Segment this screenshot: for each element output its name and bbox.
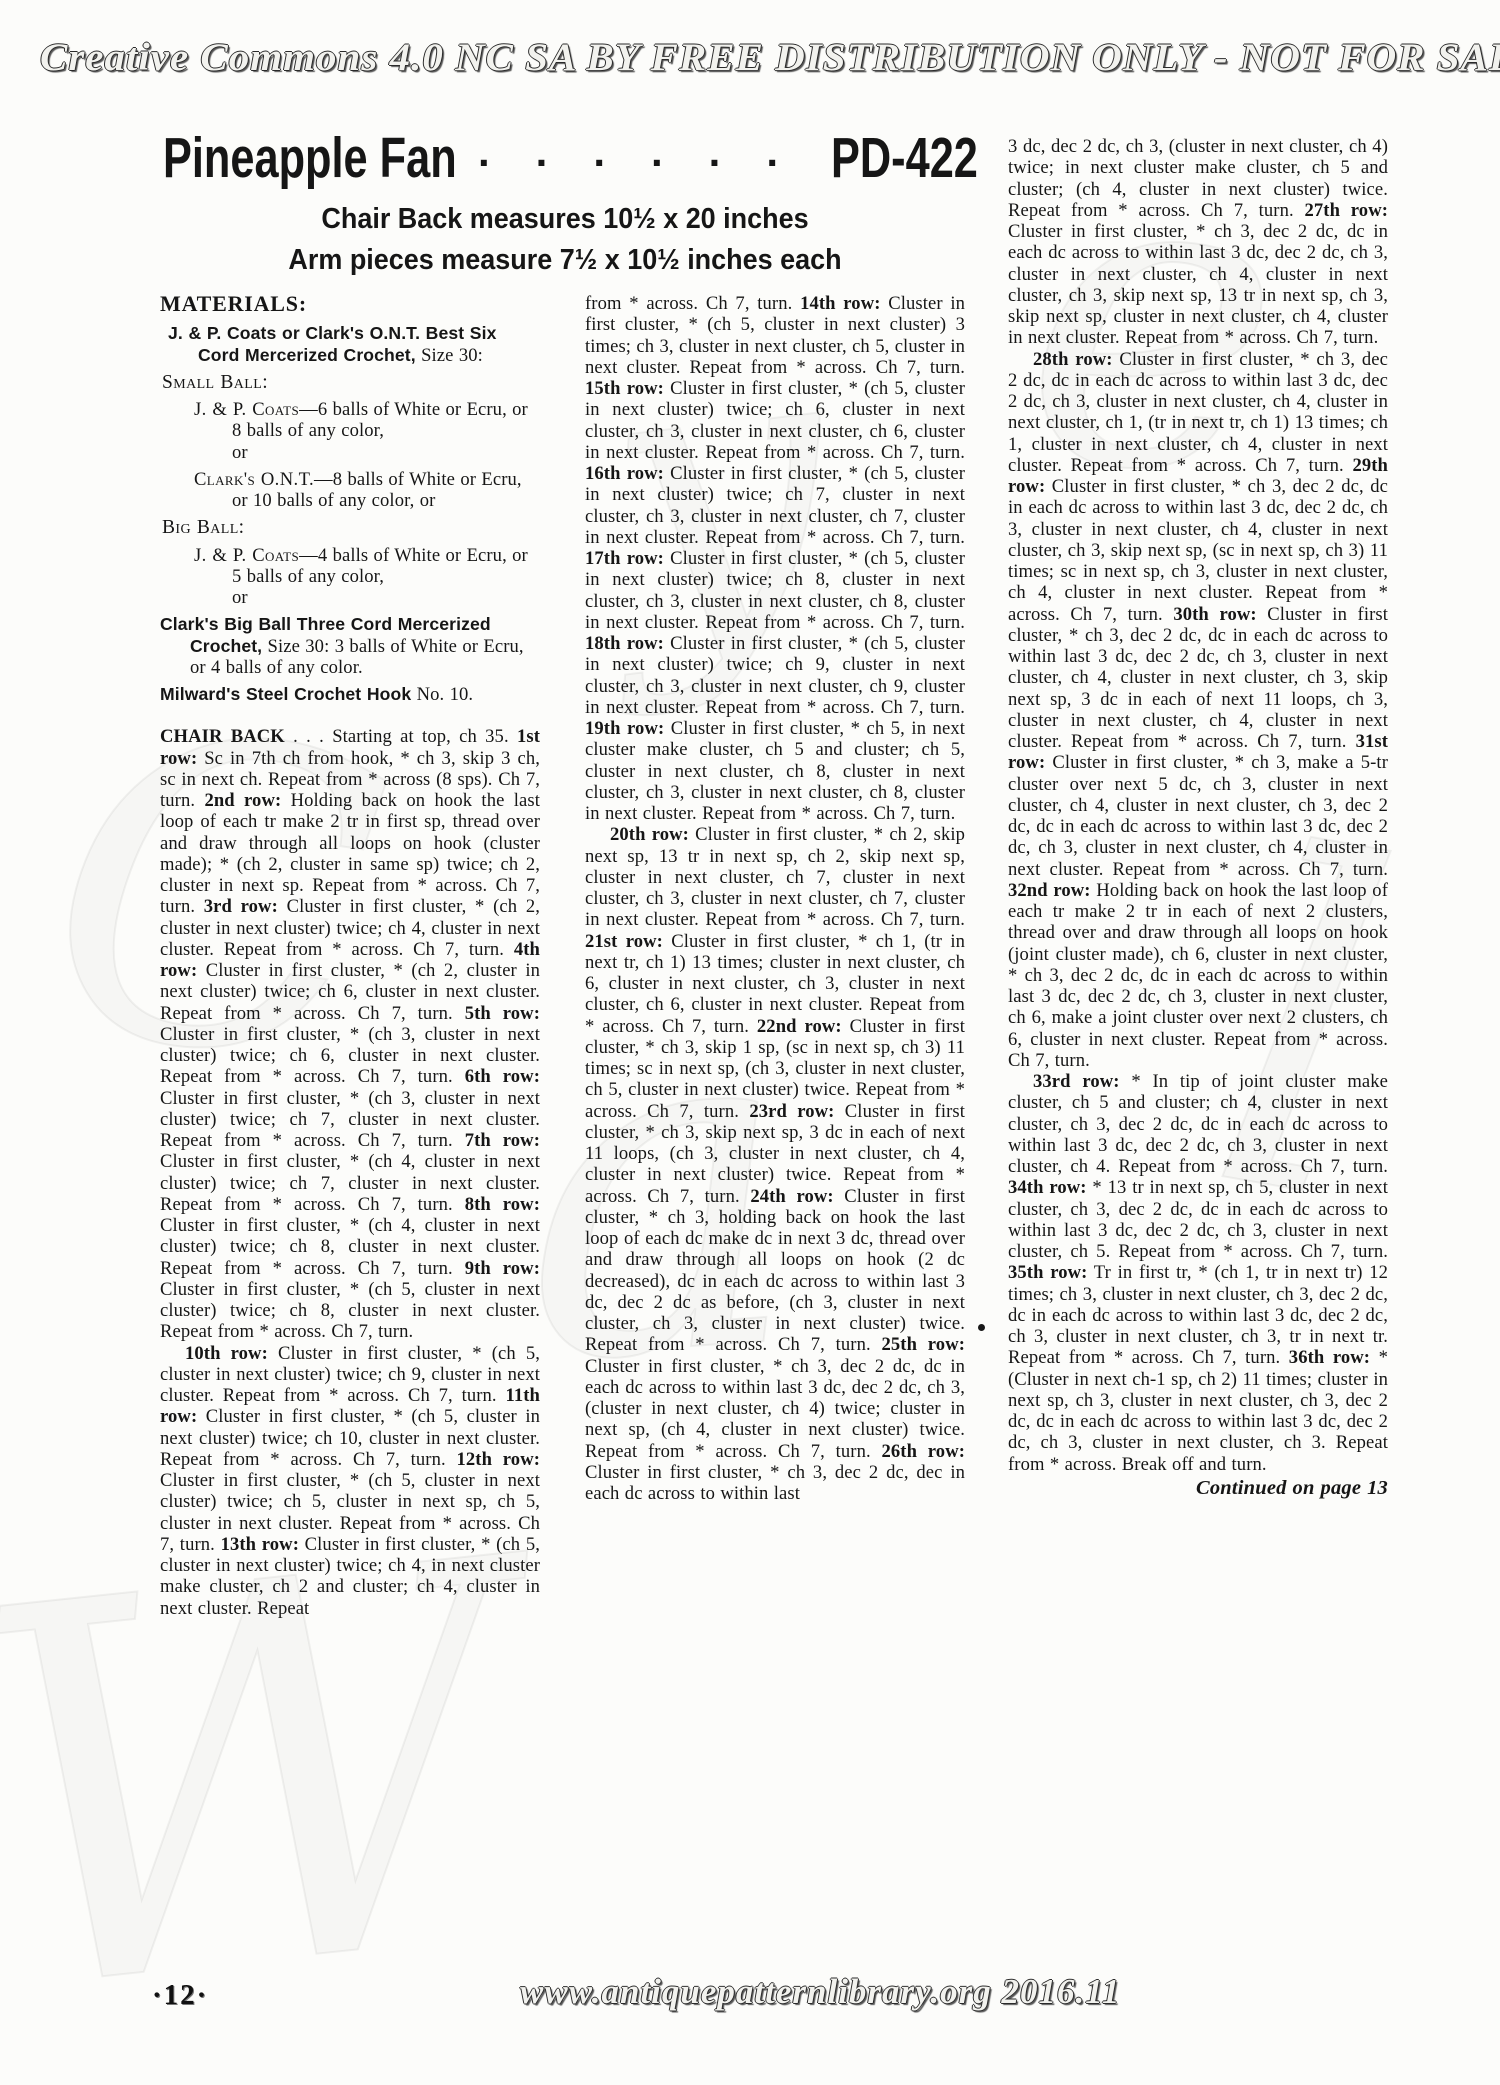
material-clarks-big-ball: Clark's Big Ball Three Cord Mercerized C… <box>160 614 540 678</box>
column-2: from * across. Ch 7, turn. 14th row: Clu… <box>585 293 965 1504</box>
subtitle-line-1: Chair Back measures 10½ x 20 inches <box>179 199 951 240</box>
material-small-ball-coats: J. & P. Coats—6 balls of White or Ecru, … <box>194 399 540 463</box>
footer-url: www.antiquepatternlibrary.org 2016.11 <box>520 1972 1120 2012</box>
material-big-ball-coats: J. & P. Coats—4 balls of White or Ecru, … <box>194 545 540 609</box>
column-1: MATERIALS: J. & P. Coats or Clark's O.N.… <box>160 293 540 1619</box>
subtitle-line-2: Arm pieces measure 7½ x 10½ inches each <box>179 240 951 281</box>
subtitle: Chair Back measures 10½ x 20 inches Arm … <box>179 199 951 281</box>
pattern-col3-p1: 3 dc, dec 2 dc, ch 3, (cluster in next c… <box>1008 136 1388 349</box>
footer-page-number: ·12· <box>152 1979 208 2012</box>
stray-dot <box>978 1324 985 1331</box>
continued-note: Continued on page 13 <box>1008 1478 1388 1499</box>
pattern-col1-p2: 10th row: Cluster in first cluster, * (c… <box>160 1343 540 1619</box>
pattern-col3-p2: 28th row: Cluster in first cluster, * ch… <box>1008 349 1388 1072</box>
material-small-ball-label: Small Ball: <box>162 372 540 393</box>
scanned-pattern-page: W C a e l y Creative Commons 4.0 NC SA B… <box>0 0 1500 2085</box>
pattern-col2-p2: 20th row: Cluster in first cluster, * ch… <box>585 824 965 1504</box>
material-thread: J. & P. Coats or Clark's O.N.T. Best Six… <box>168 323 540 366</box>
material-small-ball-clarks: Clark's O.N.T.—8 balls of White or Ecru,… <box>194 469 540 512</box>
pattern-col1-p1: CHAIR BACK . . . Starting at top, ch 35.… <box>160 726 540 1342</box>
column-3: 3 dc, dec 2 dc, ch 3, (cluster in next c… <box>1008 136 1388 1499</box>
pattern-col2-p1: from * across. Ch 7, turn. 14th row: Clu… <box>585 293 965 824</box>
pattern-col3-p3: 33rd row: * In tip of joint cluster make… <box>1008 1071 1388 1475</box>
page-title: Pineapple Fan <box>163 125 457 191</box>
title-dots: ...... <box>478 128 818 176</box>
materials-heading: MATERIALS: <box>160 293 540 314</box>
material-big-ball-label: Big Ball: <box>162 517 540 538</box>
material-hook: Milward's Steel Crochet Hook No. 10. <box>160 684 540 705</box>
pattern-code: PD-422 <box>831 125 978 191</box>
license-banner: Creative Commons 4.0 NC SA BY FREE DISTR… <box>40 34 1470 80</box>
